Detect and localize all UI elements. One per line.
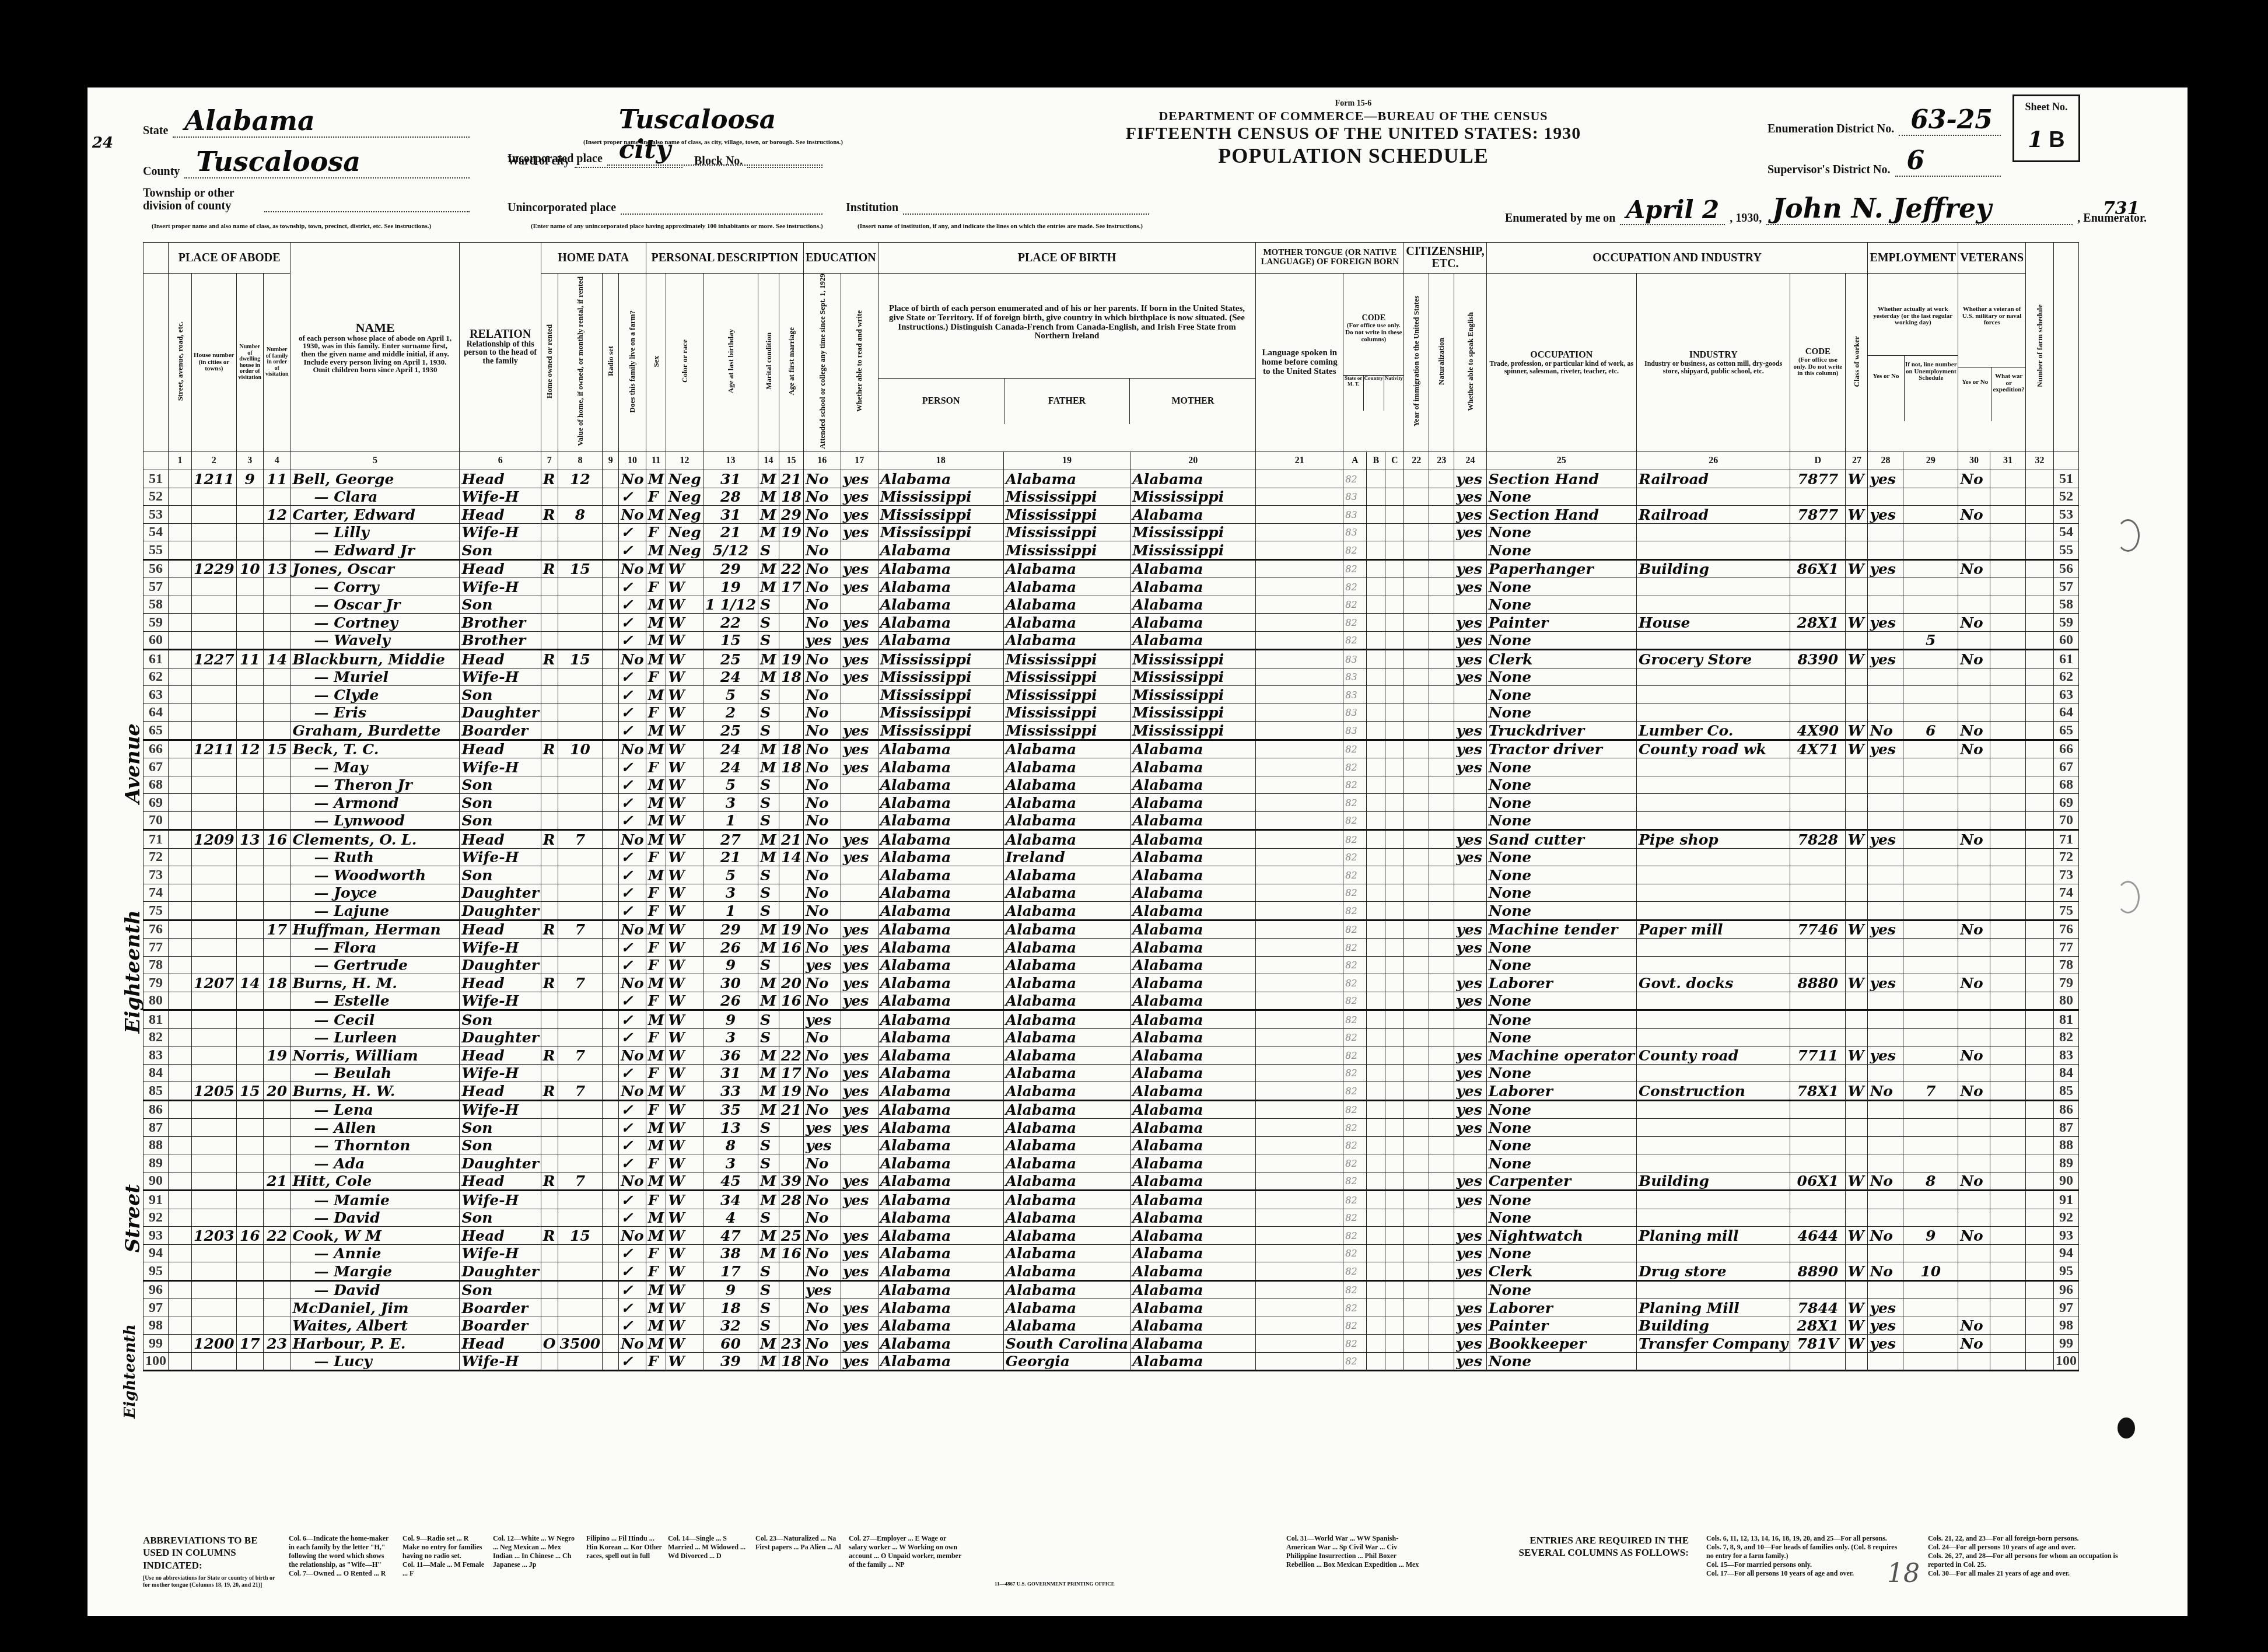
at-work-cell	[1868, 1136, 1903, 1154]
relation-cell: Wife-H	[460, 758, 541, 776]
col-21-header: Language spoken in home before coming to…	[1256, 274, 1343, 452]
code-c-cell	[1385, 631, 1404, 650]
school-cell: yes	[803, 1010, 841, 1029]
birthplace-person-cell: Alabama	[878, 614, 1003, 632]
industry-cell	[1637, 884, 1790, 902]
language-cell	[1256, 758, 1343, 776]
sex-cell: M	[646, 559, 666, 578]
language-cell	[1256, 1028, 1343, 1046]
relation-cell: Boarder	[460, 722, 541, 740]
home-value-cell: 7	[558, 1172, 603, 1191]
race-cell: W	[666, 559, 703, 578]
home-value-cell	[558, 1191, 603, 1209]
industry-cell	[1637, 1352, 1790, 1371]
line-number-right: 83	[2054, 1046, 2079, 1065]
relation-cell: Daughter	[460, 1262, 541, 1281]
race-cell: W	[666, 1352, 703, 1371]
line-number-right: 75	[2054, 902, 2079, 921]
language-cell	[1256, 1082, 1343, 1101]
birthplace-person-cell: Alabama	[878, 956, 1003, 974]
table-row: 70— LynwoodSon✓MW1SNoAlabamaAlabamaAlaba…	[143, 811, 2079, 830]
column-number: 20	[1130, 452, 1256, 470]
sex-cell: M	[646, 1010, 666, 1029]
farm-cell: ✓	[619, 541, 646, 560]
birthplace-father-cell: Alabama	[1003, 1209, 1130, 1227]
race-cell: W	[666, 722, 703, 740]
birthplace-father-cell: Alabama	[1003, 1064, 1130, 1082]
family-number-cell	[264, 523, 290, 541]
family-number-cell	[264, 956, 290, 974]
industry-cell	[1637, 1209, 1790, 1227]
naturalization-cell	[1429, 1119, 1454, 1137]
line-number: 69	[143, 794, 169, 812]
birthplace-person-cell: Alabama	[878, 578, 1003, 596]
home-value-cell	[558, 686, 603, 704]
naturalization-cell	[1429, 631, 1454, 650]
at-work-cell	[1868, 1010, 1903, 1029]
relation-cell: Son	[460, 1119, 541, 1137]
table-row: 63— ClydeSon✓MW5SNoMississippiMississipp…	[143, 686, 2079, 704]
line-number-right: 58	[2054, 596, 2079, 614]
occupation-cell: None	[1486, 631, 1636, 650]
age-cell: 45	[703, 1172, 758, 1191]
read-write-cell: yes	[841, 488, 878, 506]
birthplace-mother-cell: Alabama	[1130, 1046, 1256, 1065]
person-name-cell: Cook, W M	[290, 1227, 460, 1245]
class-worker-cell	[1846, 1100, 1868, 1119]
supervisor-district-field: Supervisor's District No. 6	[1767, 146, 2001, 177]
speak-english-cell: yes	[1454, 1227, 1486, 1245]
occupation-code-cell: 28X1	[1790, 614, 1846, 632]
house-number-cell	[192, 1010, 237, 1029]
relation-cell: Son	[460, 1010, 541, 1029]
birthplace-mother-cell: Alabama	[1130, 1244, 1256, 1262]
age-first-marriage-cell: 22	[779, 1046, 804, 1065]
class-worker-cell: W	[1846, 470, 1868, 488]
group-place-of-abode: PLACE OF ABODE	[169, 243, 290, 274]
column-number: 1	[169, 452, 192, 470]
birthplace-person-cell: Alabama	[878, 884, 1003, 902]
school-cell: No	[803, 1082, 841, 1101]
line-number: 52	[143, 488, 169, 506]
house-number-cell	[192, 722, 237, 740]
code-c-cell	[1385, 559, 1404, 578]
birthplace-person-cell: Alabama	[878, 1227, 1003, 1245]
code-a-cell: 82	[1343, 1082, 1367, 1101]
birthplace-father-cell: Alabama	[1003, 1046, 1130, 1065]
farm-cell: ✓	[619, 614, 646, 632]
person-name-cell: Bell, George	[290, 470, 460, 488]
speak-english-cell: yes	[1454, 506, 1486, 524]
industry-cell	[1637, 1191, 1790, 1209]
war-cell	[1990, 506, 2025, 524]
birthplace-person-cell: Alabama	[878, 866, 1003, 884]
farm-schedule-cell	[2026, 668, 2054, 686]
table-row: 9912001723Harbour, P. E.HeadO3500NoMW60M…	[143, 1335, 2079, 1353]
birthplace-person-cell: Alabama	[878, 1010, 1003, 1029]
farm-schedule-cell	[2026, 1136, 2054, 1154]
home-owned-cell	[541, 776, 558, 794]
occupation-code-cell	[1790, 1100, 1846, 1119]
code-b-cell	[1367, 920, 1385, 939]
war-cell	[1990, 740, 2025, 758]
line-number: 71	[143, 830, 169, 849]
industry-cell	[1637, 992, 1790, 1010]
person-name-cell: — Theron Jr	[290, 776, 460, 794]
home-owned-cell	[541, 1317, 558, 1335]
naturalization-cell	[1429, 1172, 1454, 1191]
farm-cell: ✓	[619, 1119, 646, 1137]
street-cell	[169, 1227, 192, 1245]
birthplace-mother-cell: Alabama	[1130, 1262, 1256, 1281]
speak-english-cell: yes	[1454, 758, 1486, 776]
line-number-right: 76	[2054, 920, 2079, 939]
age-first-marriage-cell	[779, 1010, 804, 1029]
unemployment-line-cell	[1903, 1119, 1958, 1137]
class-worker-cell	[1846, 1209, 1868, 1227]
column-number: 27	[1846, 452, 1868, 470]
class-worker-cell	[1846, 1010, 1868, 1029]
farm-cell: ✓	[619, 776, 646, 794]
line-number-right: 67	[2054, 758, 2079, 776]
col-name-header: NAME of each person whose place of abode…	[290, 243, 460, 452]
radio-cell	[603, 1082, 619, 1101]
language-cell	[1256, 920, 1343, 939]
speak-english-cell	[1454, 1280, 1486, 1299]
code-a-cell: 83	[1343, 650, 1367, 668]
age-first-marriage-cell: 19	[779, 920, 804, 939]
industry-cell	[1637, 776, 1790, 794]
naturalization-cell	[1429, 1154, 1454, 1172]
code-a-cell: 82	[1343, 866, 1367, 884]
code-c-cell	[1385, 686, 1404, 704]
home-value-cell: 10	[558, 740, 603, 758]
occupation-cell: Truckdriver	[1486, 722, 1636, 740]
home-value-cell	[558, 1010, 603, 1029]
entries-6: Col. 24—For all persons 10 years of age …	[1928, 1543, 2126, 1552]
line-number-right: 96	[2054, 1280, 2079, 1299]
code-b-cell	[1367, 1046, 1385, 1065]
speak-english-cell	[1454, 956, 1486, 974]
dwelling-number-cell: 9	[236, 470, 263, 488]
code-b-cell	[1367, 506, 1385, 524]
language-cell	[1256, 722, 1343, 740]
industry-cell	[1637, 1280, 1790, 1299]
sex-cell: M	[646, 614, 666, 632]
birthplace-mother-cell: Alabama	[1130, 902, 1256, 921]
birthplace-father-cell: Alabama	[1003, 559, 1130, 578]
immigration-cell	[1404, 830, 1429, 849]
code-b-cell	[1367, 1172, 1385, 1191]
line-number-right: 64	[2054, 703, 2079, 722]
entries-title: ENTRIES ARE REQUIRED IN THE SEVERAL COLU…	[1485, 1534, 1689, 1559]
unemployment-line-cell	[1903, 488, 1958, 506]
person-name-cell: — Cortney	[290, 614, 460, 632]
unemployment-line-cell	[1903, 541, 1958, 560]
mother-subhead: MOTHER	[1130, 379, 1255, 424]
at-work-cell	[1868, 686, 1903, 704]
occupation-cell: None	[1486, 939, 1636, 957]
birthplace-person-cell: Alabama	[878, 1119, 1003, 1137]
occupation-code-cell	[1790, 1209, 1846, 1227]
industry-cell	[1637, 811, 1790, 830]
code-c-cell	[1385, 1172, 1404, 1191]
farm-schedule-cell	[2026, 811, 2054, 830]
house-number-cell	[192, 1209, 237, 1227]
home-owned-cell	[541, 614, 558, 632]
english-label: Whether able to speak English	[1466, 312, 1475, 411]
veterans-subheader: Whether a veteran of U.S. military or na…	[1958, 274, 2026, 452]
home-owned-cell	[541, 722, 558, 740]
unemployment-line-cell	[1903, 506, 1958, 524]
occupation-cell: None	[1486, 848, 1636, 866]
class-worker-cell	[1846, 992, 1868, 1010]
race-cell: W	[666, 1227, 703, 1245]
school-cell: No	[803, 1209, 841, 1227]
at-work-cell	[1868, 758, 1903, 776]
occupation-code-cell: 4X71	[1790, 740, 1846, 758]
code-a-cell: 82	[1343, 1064, 1367, 1082]
radio-cell	[603, 866, 619, 884]
race-cell: W	[666, 956, 703, 974]
code-c-cell	[1385, 794, 1404, 812]
veteran-cell	[1958, 902, 1990, 921]
person-name-cell: — Corry	[290, 578, 460, 596]
owned-label: Home owned or rented	[545, 324, 554, 398]
industry-cell: Construction	[1637, 1082, 1790, 1101]
table-row: 8512051520Burns, H. W.HeadR7NoMW33M19Noy…	[143, 1082, 2079, 1101]
school-cell: No	[803, 866, 841, 884]
street-note-eighteenth: Eighteenth	[121, 910, 145, 1033]
col-22-header: Year of immigration to the United States	[1404, 274, 1429, 452]
home-owned-cell: R	[541, 1227, 558, 1245]
house-number-cell	[192, 1280, 237, 1299]
street-cell	[169, 974, 192, 992]
line-number: 74	[143, 884, 169, 902]
code-c-cell	[1385, 1299, 1404, 1317]
family-number-cell	[264, 614, 290, 632]
dwelling-number-cell	[236, 794, 263, 812]
language-cell	[1256, 1317, 1343, 1335]
entries-4: Col. 17—For all persons 10 years of age …	[1706, 1569, 1905, 1578]
speak-english-cell	[1454, 1010, 1486, 1029]
farm-cell: ✓	[619, 848, 646, 866]
birthplace-person-cell: Alabama	[878, 596, 1003, 614]
dwelling-number-cell	[236, 1191, 263, 1209]
industry-cell	[1637, 848, 1790, 866]
birthplace-father-cell: Alabama	[1003, 1100, 1130, 1119]
line-number: 61	[143, 650, 169, 668]
code-b-cell	[1367, 1227, 1385, 1245]
col-d-header: CODE (For office use only. Do not write …	[1790, 274, 1846, 452]
birthplace-mother-cell: Alabama	[1130, 1010, 1256, 1029]
age-cell: 1 1/12	[703, 596, 758, 614]
birthplace-person-cell: Alabama	[878, 1100, 1003, 1119]
code-a-cell: 82	[1343, 631, 1367, 650]
school-cell: No	[803, 506, 841, 524]
line-number-right: 97	[2054, 1299, 2079, 1317]
street-cell	[169, 523, 192, 541]
veteran-yes-no: Yes or No	[1958, 367, 1992, 421]
unemployment-line-cell	[1903, 776, 1958, 794]
read-write-cell: yes	[841, 668, 878, 686]
dwelling-number-cell	[236, 1064, 263, 1082]
home-owned-cell	[541, 523, 558, 541]
marital-label: Marital condition	[765, 332, 773, 390]
occupation-cell: Carpenter	[1486, 1172, 1636, 1191]
person-name-cell: Burns, H. W.	[290, 1082, 460, 1101]
line-number: 87	[143, 1119, 169, 1137]
code-b-cell	[1367, 1064, 1385, 1082]
column-number: 16	[803, 452, 841, 470]
birthplace-mother-cell: Alabama	[1130, 811, 1256, 830]
handwritten-18: 18	[1887, 1557, 1920, 1590]
census-title: FIFTEENTH CENSUS OF THE UNITED STATES: 1…	[1091, 124, 1616, 143]
farm-label: Does this family live on a farm?	[628, 310, 636, 412]
unemployment-line-cell	[1903, 974, 1958, 992]
family-number-cell	[264, 1010, 290, 1029]
at-work-cell: yes	[1868, 1335, 1903, 1353]
code-b-cell	[1367, 1191, 1385, 1209]
radio-cell	[603, 596, 619, 614]
sex-cell: F	[646, 848, 666, 866]
radio-cell	[603, 830, 619, 849]
age-cell: 24	[703, 758, 758, 776]
at-work-cell: No	[1868, 1227, 1903, 1245]
house-number-cell	[192, 758, 237, 776]
language-cell	[1256, 631, 1343, 650]
unemployment-line-cell	[1903, 1244, 1958, 1262]
class-worker-cell: W	[1846, 974, 1868, 992]
industry-cell	[1637, 488, 1790, 506]
age-cell: 15	[703, 631, 758, 650]
code-b-cell	[1367, 541, 1385, 560]
occupation-code-cell	[1790, 1010, 1846, 1029]
speak-english-cell: yes	[1454, 1352, 1486, 1371]
home-value-cell	[558, 1244, 603, 1262]
age-cell: 2	[703, 703, 758, 722]
marital-cell: M	[758, 1244, 779, 1262]
occupation-code-cell	[1790, 776, 1846, 794]
immigration-cell	[1404, 1352, 1429, 1371]
occupation-cell: Laborer	[1486, 1082, 1636, 1101]
class-worker-cell	[1846, 884, 1868, 902]
language-cell	[1256, 578, 1343, 596]
ward-field: Ward of city	[508, 155, 682, 168]
code-b-cell	[1367, 1119, 1385, 1137]
relation-cell: Wife-H	[460, 1064, 541, 1082]
naturalization-cell	[1429, 794, 1454, 812]
farm-cell: ✓	[619, 1028, 646, 1046]
code-c-cell	[1385, 650, 1404, 668]
house-number-cell	[192, 794, 237, 812]
speak-english-cell: yes	[1454, 939, 1486, 957]
sex-cell: M	[646, 1082, 666, 1101]
naturalization-cell	[1429, 830, 1454, 849]
class-worker-label: Class of worker	[1853, 336, 1861, 387]
occupation-code-cell	[1790, 703, 1846, 722]
school-cell: No	[803, 1244, 841, 1262]
unincorporated-label: Unincorporated place	[508, 201, 616, 215]
language-cell	[1256, 1352, 1343, 1371]
code-a-cell: 83	[1343, 703, 1367, 722]
class-worker-cell: W	[1846, 1082, 1868, 1101]
birthplace-mother-cell: Alabama	[1130, 1119, 1256, 1137]
unemployment-line-cell	[1903, 866, 1958, 884]
relation-instructions: Relationship of this person to the head …	[462, 341, 538, 366]
code-a-cell: 82	[1343, 1046, 1367, 1065]
home-value-cell	[558, 1209, 603, 1227]
code-b-cell	[1367, 722, 1385, 740]
house-number-cell	[192, 1100, 237, 1119]
marital-cell: M	[758, 578, 779, 596]
home-value-cell: 7	[558, 920, 603, 939]
occupation-cell: Machine tender	[1486, 920, 1636, 939]
speak-english-cell: yes	[1454, 1046, 1486, 1065]
marital-cell: M	[758, 758, 779, 776]
farm-cell: ✓	[619, 703, 646, 722]
immigration-cell	[1404, 722, 1429, 740]
house-number-cell	[192, 488, 237, 506]
family-number-cell	[264, 794, 290, 812]
birthplace-mother-cell: Alabama	[1130, 1028, 1256, 1046]
family-number-cell	[264, 1136, 290, 1154]
code-b-cell	[1367, 559, 1385, 578]
birthplace-person-cell: Alabama	[878, 1046, 1003, 1065]
radio-cell	[603, 1119, 619, 1137]
relation-cell: Head	[460, 1046, 541, 1065]
dwelling-number-cell: 10	[236, 559, 263, 578]
industry-subhead: INDUSTRY	[1639, 351, 1788, 360]
binder-hole	[2117, 1417, 2135, 1438]
street-cell	[169, 920, 192, 939]
column-number: C	[1385, 452, 1404, 470]
birthplace-father-cell: Alabama	[1003, 830, 1130, 849]
immigration-cell	[1404, 776, 1429, 794]
house-number-cell: 1205	[192, 1082, 237, 1101]
unemployment-line-cell	[1903, 848, 1958, 866]
table-row: 9312031622Cook, W MHeadR15NoMW47M25Noyes…	[143, 1227, 2079, 1245]
class-worker-cell	[1846, 668, 1868, 686]
line-number-right: 71	[2054, 830, 2079, 849]
column-number: B	[1367, 452, 1385, 470]
line-number: 100	[143, 1352, 169, 1371]
age-cell: 3	[703, 1028, 758, 1046]
language-cell	[1256, 1046, 1343, 1065]
person-name-cell: Beck, T. C.	[290, 740, 460, 758]
radio-cell	[603, 794, 619, 812]
farm-schedule-label: Number of farm schedule	[2036, 304, 2044, 387]
at-work-cell: yes	[1868, 974, 1903, 992]
war-cell	[1990, 794, 2025, 812]
read-write-cell: yes	[841, 992, 878, 1010]
war-cell	[1990, 596, 2025, 614]
marital-cell: M	[758, 992, 779, 1010]
line-number-right: 55	[2054, 541, 2079, 560]
line-number-right: 56	[2054, 559, 2079, 578]
occupation-cell: None	[1486, 992, 1636, 1010]
birthplace-person-cell: Alabama	[878, 1299, 1003, 1317]
class-worker-cell	[1846, 794, 1868, 812]
marital-cell: M	[758, 506, 779, 524]
industry-cell	[1637, 686, 1790, 704]
table-row: 9021Hitt, ColeHeadR7NoMW45M39NoyesAlabam…	[143, 1172, 2079, 1191]
war-cell	[1990, 722, 2025, 740]
code-a-cell: 82	[1343, 740, 1367, 758]
code-b-cell	[1367, 811, 1385, 830]
code-a-cell: 82	[1343, 1262, 1367, 1281]
column-number: 26	[1637, 452, 1790, 470]
